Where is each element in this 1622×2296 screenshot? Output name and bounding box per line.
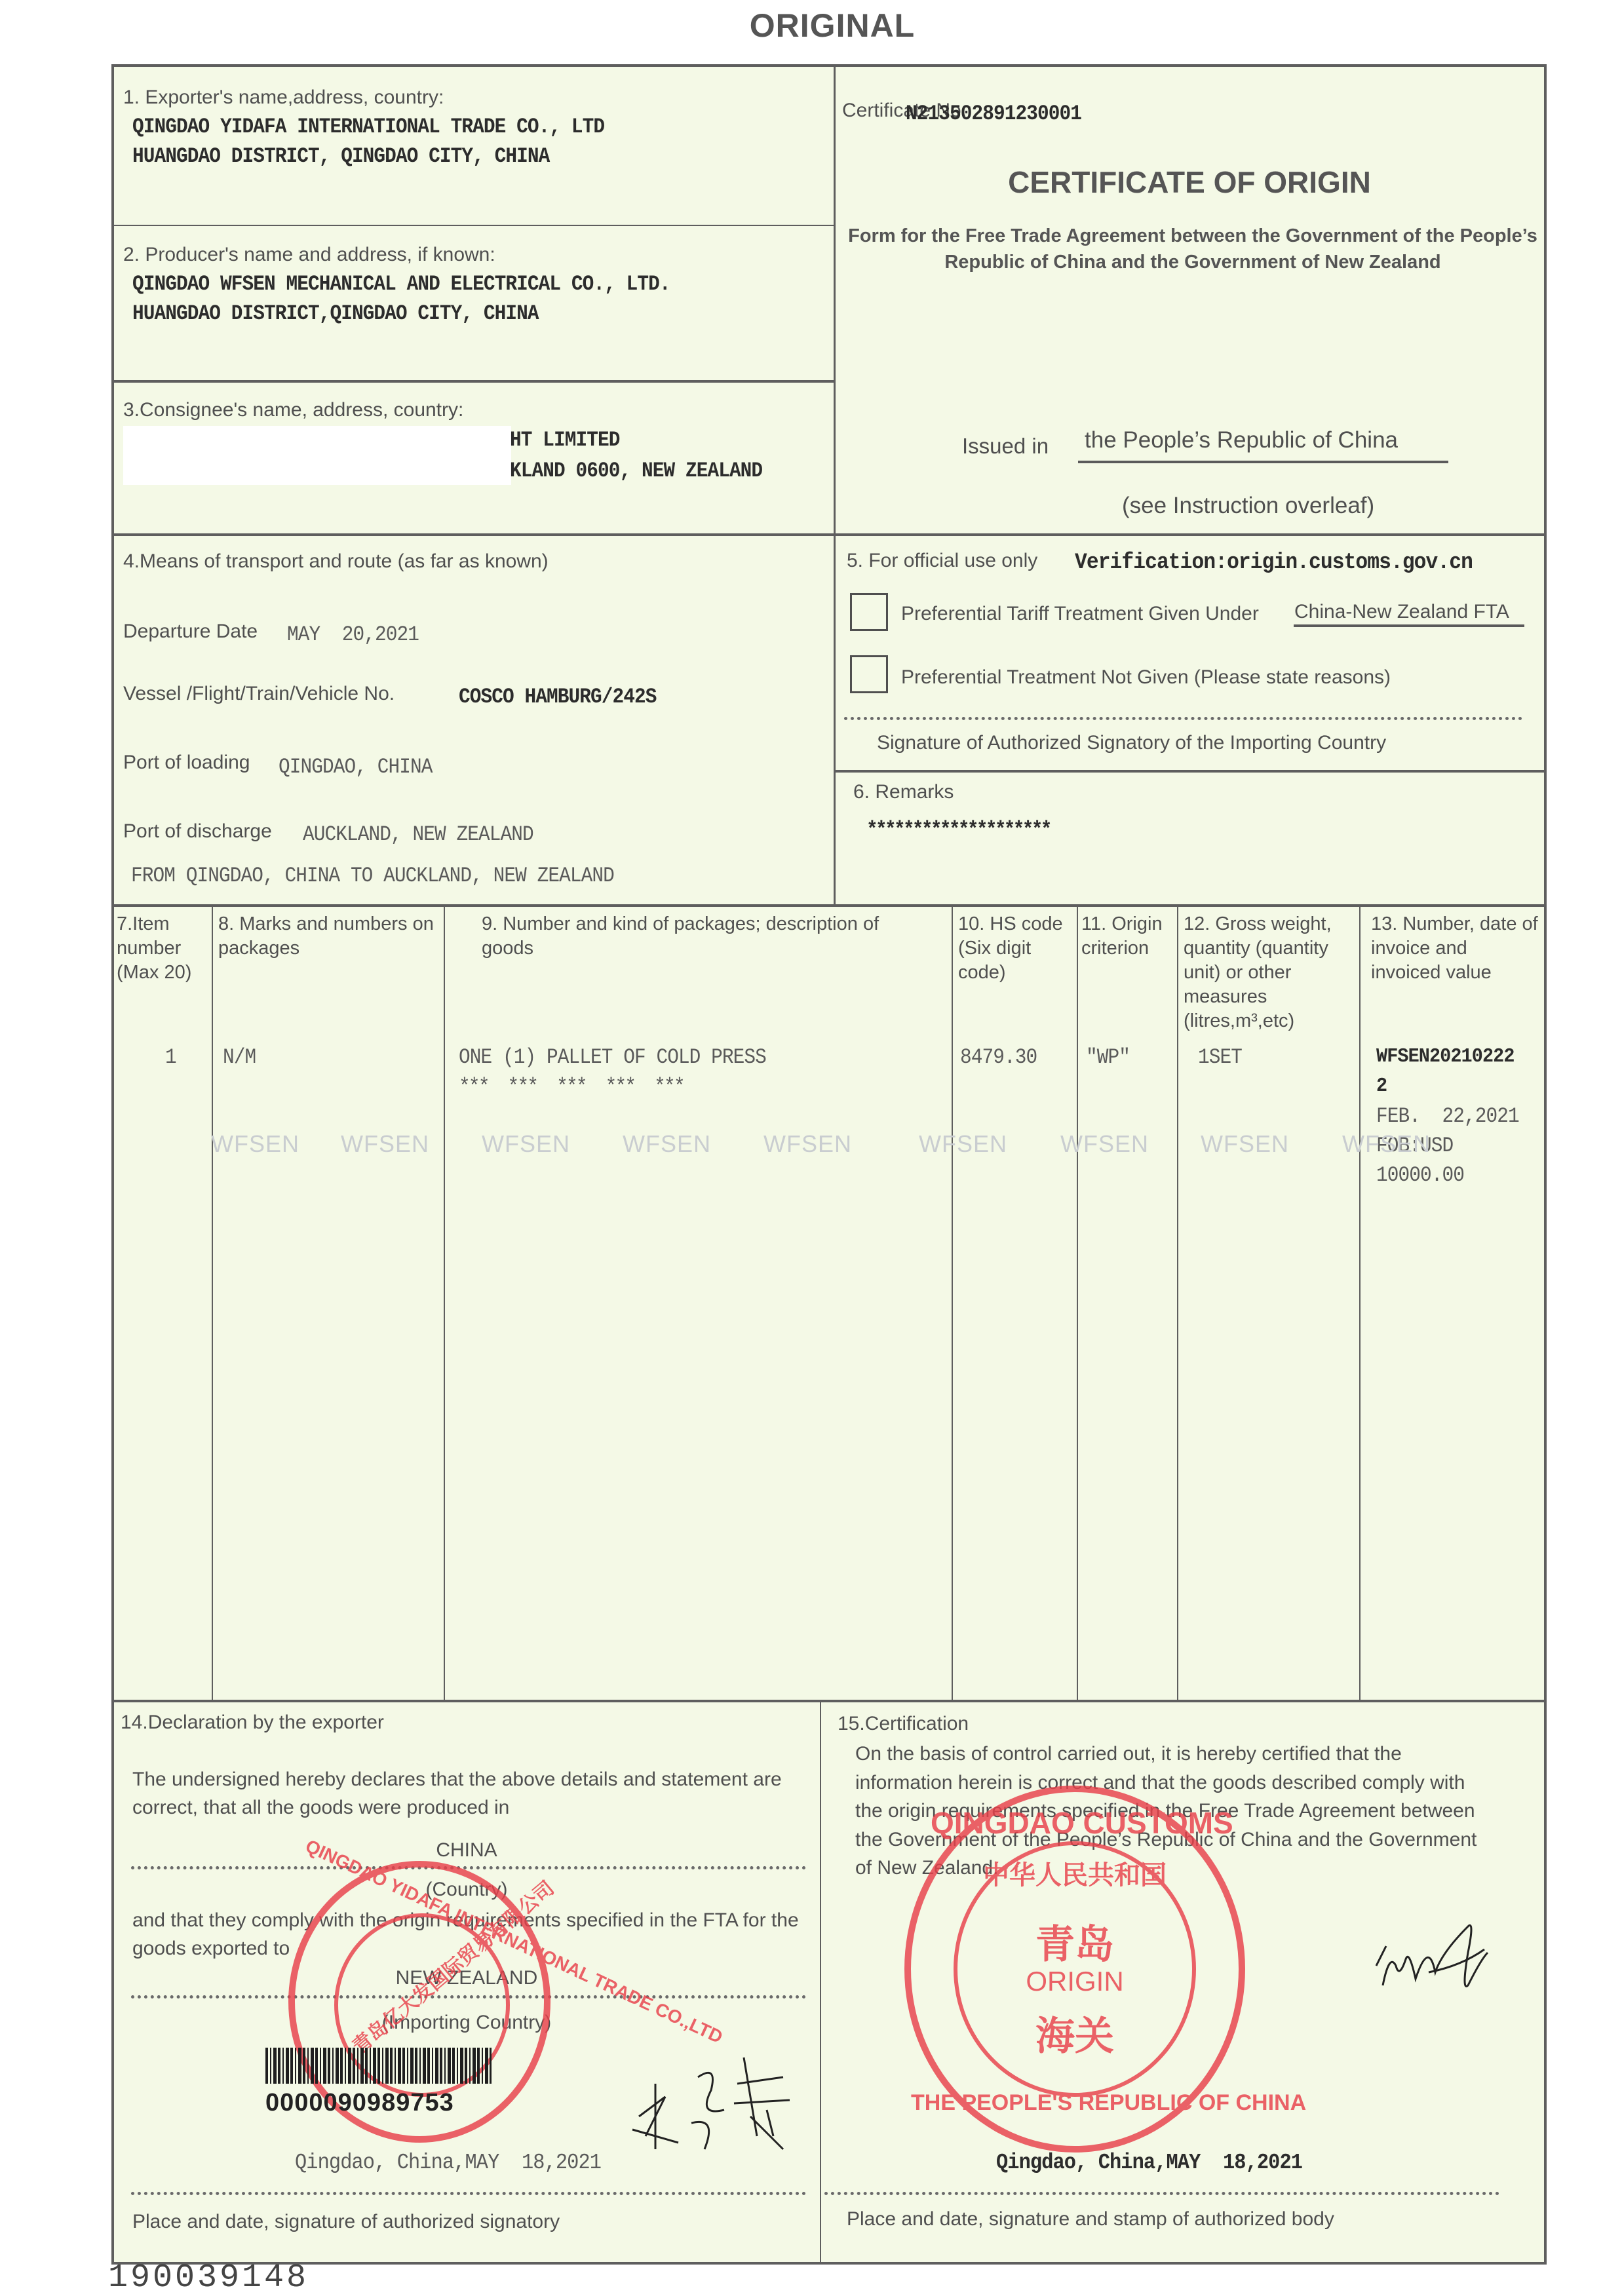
watermark: WFSEN <box>1342 1130 1431 1158</box>
description-filler: *** *** *** *** *** <box>459 1075 684 1099</box>
watermark: WFSEN <box>623 1130 711 1158</box>
remarks-label: 6. Remarks <box>853 780 954 805</box>
preferential-not-given-checkbox[interactable] <box>850 655 888 693</box>
departure-date: MAY 20,2021 <box>287 622 419 647</box>
header-origin-criterion: 11. Origin criterion <box>1081 912 1176 961</box>
customs-body-label: Place and date, signature and stamp of a… <box>847 2207 1334 2232</box>
invoice-value: 10000.00 <box>1376 1163 1464 1187</box>
customs-signature <box>1370 1913 1514 1999</box>
exporter-signature <box>626 2038 803 2156</box>
divider <box>952 904 953 1700</box>
divider <box>834 770 1545 773</box>
exporter-place-date: Qingdao, China,MAY 18,2021 <box>295 2151 601 2175</box>
transport-label: 4.Means of transport and route (as far a… <box>123 549 549 574</box>
issued-in-underline <box>1078 461 1448 463</box>
consignee-name: HT LIMITED <box>510 428 619 452</box>
divider <box>113 904 1545 907</box>
exporter-signature-line <box>131 2192 806 2195</box>
preferential-given-label: Preferential Tariff Treatment Given Unde… <box>901 602 1259 626</box>
watermark: WFSEN <box>482 1130 570 1158</box>
invoice-number: WFSEN20210222 <box>1376 1045 1515 1068</box>
header-description: 9. Number and kind of packages; descript… <box>482 912 927 961</box>
divider <box>212 904 213 1700</box>
hs-code-value: 8479.30 <box>960 1045 1037 1069</box>
producer-address: HUANGDAO DISTRICT,QINGDAO CITY, CHINA <box>132 301 539 326</box>
customs-signature-line <box>824 2192 1499 2195</box>
divider <box>113 380 834 383</box>
barcode-number: 0000090989753 <box>265 2089 454 2117</box>
port-discharge-label: Port of discharge <box>123 819 272 844</box>
divider <box>1177 904 1178 1700</box>
port-discharge-value: AUCKLAND, NEW ZEALAND <box>303 822 533 847</box>
watermark: WFSEN <box>1060 1130 1149 1158</box>
customs-stamp-origin: ORIGIN <box>911 1966 1239 1997</box>
issued-in-label: Issued in <box>962 432 1049 459</box>
producer-label: 2. Producer's name and address, if known… <box>123 242 495 267</box>
item-number: 1 <box>165 1045 176 1069</box>
producer-name: QINGDAO WFSEN MECHANICAL AND ELECTRICAL … <box>132 272 670 296</box>
watermark: WFSEN <box>341 1130 429 1158</box>
certification-label: 15.Certification <box>838 1712 969 1736</box>
customs-stamp-center-bottom: 海关 <box>911 2005 1239 2061</box>
vessel-label: Vessel /Flight/Train/Vehicle No. <box>123 681 395 706</box>
divider <box>113 1700 1545 1702</box>
description-value: ONE (1) PALLET OF COLD PRESS <box>459 1045 766 1069</box>
departure-date-label: Departure Date <box>123 619 258 644</box>
quantity-value: 1SET <box>1198 1045 1242 1069</box>
watermark: WFSEN <box>919 1130 1007 1158</box>
divider <box>113 533 1545 536</box>
divider <box>1359 904 1361 1700</box>
header-hs-code: 10. HS code (Six digit code) <box>958 912 1075 985</box>
watermark: WFSEN <box>1201 1130 1289 1158</box>
header-marks: 8. Marks and numbers on packages <box>218 912 441 961</box>
watermark: WFSEN <box>211 1130 299 1158</box>
watermark: WFSEN <box>763 1130 852 1158</box>
certificate-subtitle: Form for the Free Trade Agreement betwee… <box>842 223 1543 275</box>
official-use-label: 5. For official use only <box>847 548 1037 573</box>
issued-in-country: the People’s Republic of China <box>1085 426 1398 455</box>
producing-country: CHINA <box>113 1838 821 1863</box>
preferential-not-given-label: Preferential Treatment Not Given (Please… <box>901 665 1391 690</box>
consignee-address: KLAND 0600, NEW ZEALAND <box>510 459 762 483</box>
serial-number: 190039148 <box>108 2259 309 2296</box>
signature-line <box>844 717 1522 720</box>
exporter-label: 1. Exporter's name,address, country: <box>123 85 444 110</box>
importer-signature-label: Signature of Authorized Signatory of the… <box>877 731 1386 756</box>
certificate-no: N213502891230001 <box>906 102 1081 126</box>
fta-name: China-New Zealand FTA <box>1294 600 1509 624</box>
header-item-number: 7.Item number (Max 20) <box>117 912 210 985</box>
copy-label: ORIGINAL <box>0 7 1622 45</box>
divider <box>113 225 834 226</box>
divider <box>1077 904 1078 1700</box>
header-invoice: 13. Number, date of invoice and invoiced… <box>1371 912 1541 985</box>
consignee-label: 3.Consignee's name, address, country: <box>123 398 463 423</box>
exporter-name: QINGDAO YIDAFA INTERNATIONAL TRADE CO., … <box>132 115 604 139</box>
barcode <box>265 2048 492 2084</box>
country-line <box>131 1866 806 1869</box>
header-gross-weight: 12. Gross weight, quantity (quantity uni… <box>1184 912 1354 1034</box>
declaration-label: 14.Declaration by the exporter <box>121 1710 384 1735</box>
verification-url: Verification:origin.customs.gov.cn <box>1075 550 1473 575</box>
customs-stamp: QINGDAO CUSTOMS 中华人民共和国 青岛 ORIGIN 海关 THE… <box>904 1786 1245 2152</box>
customs-stamp-bottom: THE PEOPLE'S REPUBLIC OF CHINA <box>911 2090 1239 2116</box>
declaration-text: The undersigned hereby declares that the… <box>132 1766 814 1822</box>
exporter-address: HUANGDAO DISTRICT, QINGDAO CITY, CHINA <box>132 144 549 168</box>
divider <box>444 904 445 1700</box>
remarks-value: ******************** <box>866 818 1050 842</box>
exporter-signatory-label: Place and date, signature of authorized … <box>132 2210 560 2234</box>
origin-criterion-value: "WP" <box>1086 1045 1130 1069</box>
certificate-title: CERTIFICATE OF ORIGIN <box>834 164 1545 202</box>
redaction-block <box>123 426 511 485</box>
vessel-value: COSCO HAMBURG/242S <box>459 685 656 709</box>
port-loading-label: Port of loading <box>123 750 250 775</box>
port-loading-value: QINGDAO, CHINA <box>279 755 432 779</box>
invoice-date: FEB. 22,2021 <box>1376 1104 1519 1128</box>
customs-stamp-center-top: 青岛 <box>911 1913 1239 1970</box>
marks-value: N/M <box>223 1045 256 1069</box>
preferential-given-checkbox[interactable] <box>850 593 888 631</box>
fta-underline <box>1294 624 1524 627</box>
customs-place-date: Qingdao, China,MAY 18,2021 <box>996 2151 1302 2175</box>
customs-stamp-top: QINGDAO CUSTOMS <box>931 1805 1219 1841</box>
route-value: FROM QINGDAO, CHINA TO AUCKLAND, NEW ZEA… <box>131 864 614 888</box>
customs-stamp-arc: 中华人民共和国 <box>950 1854 1199 1892</box>
instruction-note: (see Instruction overleaf) <box>1122 491 1374 520</box>
invoice-number-cont: 2 <box>1376 1075 1387 1098</box>
